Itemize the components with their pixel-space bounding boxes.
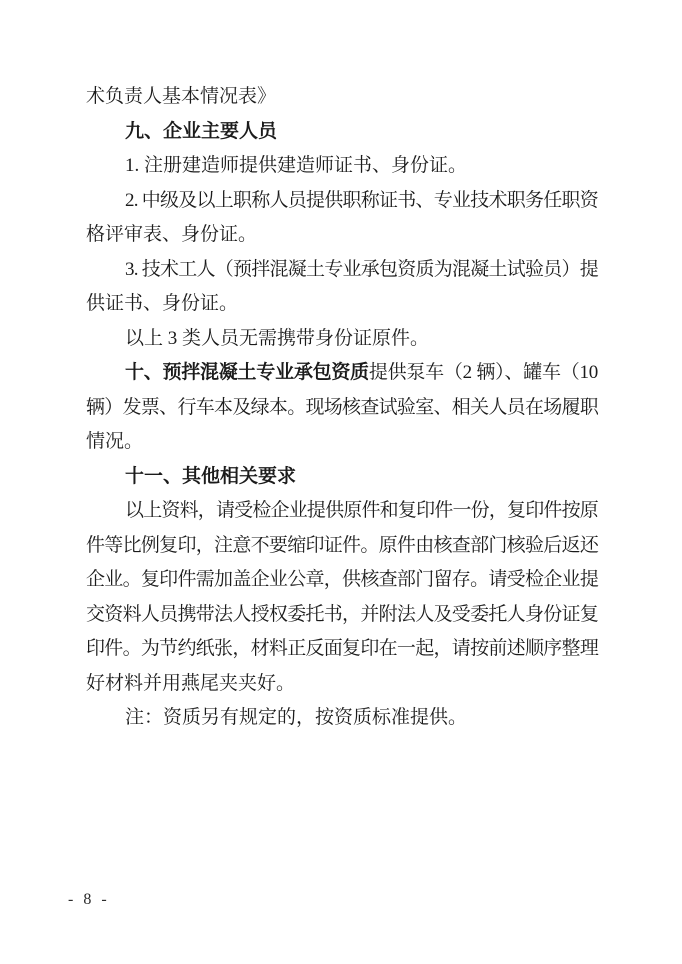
text-line: 1. 注册建造师提供建造师证书、身份证。 [86,149,598,184]
body-text: 情况。 [86,431,143,452]
body-text: 件等比例复印，注意不要缩印证件。原件由核查部门核验后返还 [86,535,598,556]
text-line: 件等比例复印，注意不要缩印证件。原件由核查部门核验后返还 [86,529,598,564]
body-text: 印件。为节约纸张，材料正反面复印在一起，请按前述顺序整理 [86,638,598,659]
text-line: 供证书、身份证。 [86,287,598,322]
text-line: 以上资料，请受检企业提供原件和复印件一份，复印件按原 [86,494,598,529]
text-line: 企业。复印件需加盖企业公章，供核查部门留存。请受检企业提 [86,563,598,598]
text-line: 以上 3 类人员无需携带身份证原件。 [86,322,598,357]
text-line: 格评审表、身份证。 [86,218,598,253]
text-line: 九、企业主要人员 [86,115,598,150]
body-text: 3. 技术工人（预拌混凝土专业承包资质为混凝土试验员）提 [125,259,598,280]
body-text: 辆）发票、行车本及绿本。现场核查试验室、相关人员在场履职 [86,397,598,418]
body-text: 以上 3 类人员无需携带身份证原件。 [125,328,429,349]
text-line: 交资料人员携带法人授权委托书，并附法人及受委托人身份证复 [86,598,598,633]
page-number: - 8 - [68,891,110,909]
document-lines: 术负责人基本情况表》九、企业主要人员1. 注册建造师提供建造师证书、身份证。2.… [86,80,598,736]
body-text: 提供泵车（2 辆）、罐车（10 [369,362,598,383]
heading-text: 十、预拌混凝土专业承包资质 [125,362,369,383]
body-text: 格评审表、身份证。 [86,224,257,245]
text-line: 好材料并用燕尾夹夹好。 [86,667,598,702]
text-line: 3. 技术工人（预拌混凝土专业承包资质为混凝土试验员）提 [86,253,598,288]
document-page: 术负责人基本情况表》九、企业主要人员1. 注册建造师提供建造师证书、身份证。2.… [0,0,682,964]
text-line: 情况。 [86,425,598,460]
body-text: 2. 中级及以上职称人员提供职称证书、专业技术职务任职资 [125,190,598,211]
body-text: 术负责人基本情况表》 [86,86,276,107]
heading-text: 十一、其他相关要求 [125,466,296,487]
body-text: 以上资料，请受检企业提供原件和复印件一份，复印件按原 [125,500,598,521]
body-text: 好材料并用燕尾夹夹好。 [86,673,295,694]
body-text: 交资料人员携带法人授权委托书，并附法人及受委托人身份证复 [86,604,598,625]
text-line: 术负责人基本情况表》 [86,80,598,115]
body-text: 注：资质另有规定的，按资质标准提供。 [125,707,467,728]
body-text: 企业。复印件需加盖企业公章，供核查部门留存。请受检企业提 [86,569,598,590]
text-line: 2. 中级及以上职称人员提供职称证书、专业技术职务任职资 [86,184,598,219]
text-line: 辆）发票、行车本及绿本。现场核查试验室、相关人员在场履职 [86,391,598,426]
text-line: 十一、其他相关要求 [86,460,598,495]
text-line: 注：资质另有规定的，按资质标准提供。 [86,701,598,736]
body-text: 1. 注册建造师提供建造师证书、身份证。 [125,155,467,176]
text-line: 十、预拌混凝土专业承包资质提供泵车（2 辆）、罐车（10 [86,356,598,391]
heading-text: 九、企业主要人员 [125,121,277,142]
body-text: 供证书、身份证。 [86,293,238,314]
text-line: 印件。为节约纸张，材料正反面复印在一起，请按前述顺序整理 [86,632,598,667]
